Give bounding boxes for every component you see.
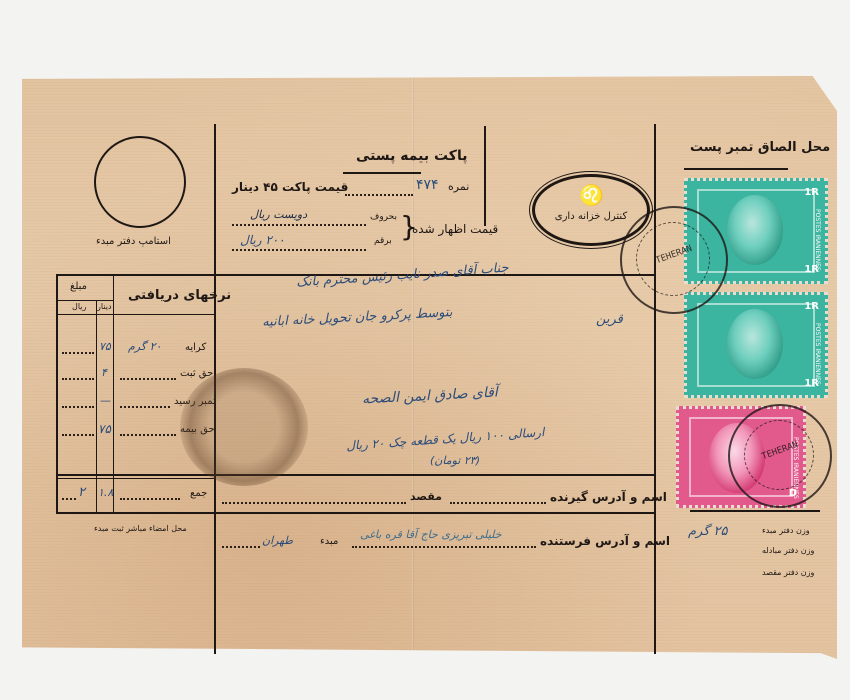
rule-horizontal-3 [214,512,654,514]
table-border-bottom [56,512,216,514]
dotted-leader [62,498,76,500]
declared-letters-value: دویست ریال [250,208,307,221]
amount-header: مبلغ [70,281,87,292]
weight-value: ۲۵ گرم [688,524,728,539]
table-total-rule [56,478,216,479]
stamp-portrait [727,195,783,265]
fee-row-dinar: ۷۵ [98,422,111,436]
dotted-leader [222,546,260,548]
declared-digits-label: برقم [374,236,392,246]
stamp-value: 1R [804,187,819,198]
origin-value: طهران [262,534,293,547]
declared-digits-value: ۲۰۰ ریال [240,233,285,247]
number-value: ۴۷۴ [416,177,439,193]
dotted-leader [62,352,94,354]
declared-letters-label: بحروف [370,212,397,222]
dotted-leader [450,502,546,504]
stamp-area-caption: محل الصاق تمبر پست [690,140,830,155]
stamp-portrait [727,309,783,379]
fee-row-dinar: ۷۵ [99,340,111,353]
rule-stamp-bottom [690,510,820,512]
fee-row-dinar: ۴ [101,366,107,379]
stamp-caption-underline [684,168,788,170]
number-label: نمره [448,180,469,193]
fee-row-handwritten: ۲۰ گرم [128,340,161,353]
fees-header: نرخهای دریافتی [128,288,231,303]
title-underline [343,172,421,174]
table-subheader-rule [56,300,114,301]
total-dinar: ۱.۸ [98,486,113,499]
dotted-leader [62,378,94,380]
destination-label: مقصد [410,490,442,503]
brace-icon: { [400,210,418,243]
postmark: TEHERAN [728,404,832,508]
postage-stamp-green: 1R 1R POSTES IRANIENNES [684,292,828,398]
dotted-leader [120,406,170,408]
origin-stamp-circle [94,136,186,228]
table-header-rule [56,314,216,315]
stamp-value: 1R [804,301,819,312]
weight-exchange-label: وزن دفتر مبادله [762,546,814,555]
weight-origin-label: وزن دفتر مبدء [762,526,810,535]
declared-value-label: قیمت اظهار شده [412,222,498,236]
dotted-leader [232,224,366,226]
sender-label: اسم و آدرس فرستنده [540,534,670,548]
table-col-rial [96,300,97,512]
handwritten-line: قرین [596,312,623,327]
dotted-leader [345,194,413,196]
weight-destination-label: وزن دفتر مقصد [762,568,814,577]
lion-and-sun-icon: ♌ [579,183,604,207]
handwritten-line: (۲۳ تومان) [430,454,480,467]
signature-caption: محل امضاء مباشر ثبت مبدء [94,524,187,533]
faded-seal [180,368,308,486]
rule-top-mid [484,126,486,226]
stamp-inscription: POSTES IRANIENNES [814,323,821,385]
origin-stamp-caption: استامپ دفتر مبدء [96,236,171,247]
document-title: پاکت بیمه پستی [356,148,467,164]
dotted-leader [120,378,176,380]
fee-row-label: کرایه [185,342,206,353]
dotted-leader [120,434,176,436]
packet-price: قیمت پاکت ۴۵ دینار [232,180,348,194]
dotted-leader [232,249,366,251]
total-label: جمع [190,488,207,499]
rule-horizontal-2 [56,474,656,476]
divider-right [654,124,656,654]
dotted-leader [120,498,180,500]
dotted-leader [62,434,94,436]
dotted-leader [352,546,536,548]
total-rial: ۲ [78,485,85,500]
table-col-dinar [113,274,114,512]
dotted-leader [62,406,94,408]
dinar-header: دینار [97,302,112,311]
stamp-inscription: POSTES IRANIENNES [814,209,821,271]
sender-value: خلیلی تبریزی حاج آقا قره باغی [360,528,502,541]
emblem-text: کنترل خزانه داری [535,211,647,222]
origin-label: مبدء [320,536,338,547]
postmark: TEHERAN [620,206,728,314]
receiver-label: اسم و آدرس گیرنده [550,490,667,504]
rial-header: ریال [72,302,86,311]
dotted-leader [222,502,406,504]
fee-row-dinar: — [100,394,111,407]
